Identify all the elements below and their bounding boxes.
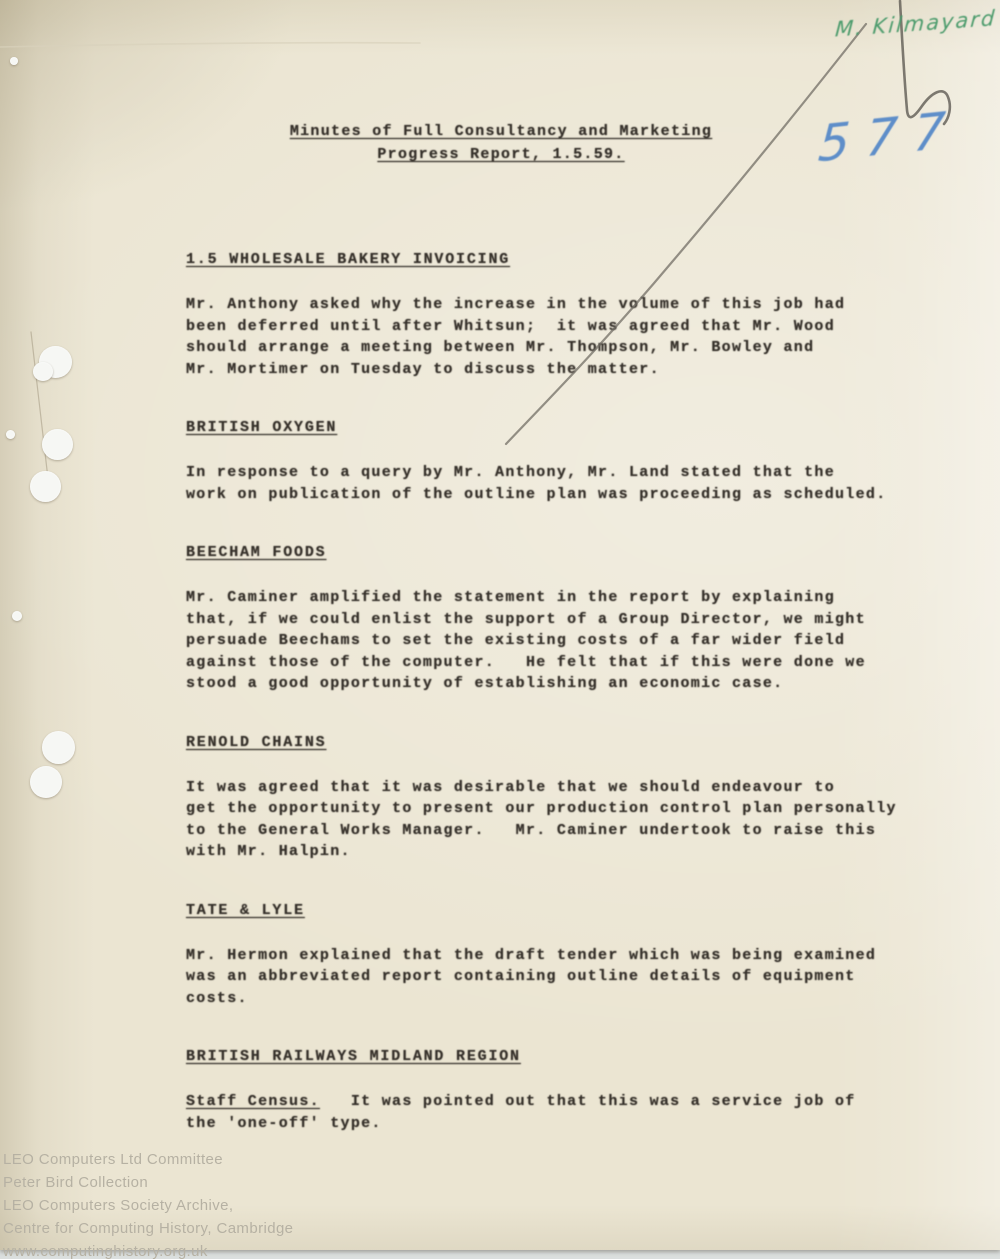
section-heading: 1.5 WHOLESALE BAKERY INVOICING bbox=[186, 252, 886, 268]
punch-hole bbox=[30, 766, 62, 798]
section-wholesale-bakery-invoicing: 1.5 WHOLESALE BAKERY INVOICING Mr. Antho… bbox=[186, 252, 886, 380]
typed-content: Minutes of Full Consultancy and Marketin… bbox=[186, 120, 886, 1134]
section-renold-chains: RENOLD CHAINS It was agreed that it was … bbox=[186, 735, 886, 863]
section-body: Staff Census. It was pointed out that th… bbox=[186, 1091, 886, 1134]
section-heading: BRITISH RAILWAYS MIDLAND REGION bbox=[186, 1049, 886, 1065]
punch-hole bbox=[42, 429, 73, 460]
paper-speck bbox=[12, 611, 22, 621]
section-heading: RENOLD CHAINS bbox=[186, 735, 886, 751]
watermark-line: Peter Bird Collection bbox=[3, 1171, 293, 1194]
section-british-oxygen: BRITISH OXYGEN In response to a query by… bbox=[186, 420, 886, 505]
section-body: Mr. Anthony asked why the increase in th… bbox=[186, 294, 886, 380]
section-body: Mr. Hermon explained that the draft tend… bbox=[186, 945, 886, 1010]
paper-speck bbox=[10, 57, 18, 65]
section-body: It was agreed that it was desirable that… bbox=[186, 777, 886, 863]
watermark-line: Centre for Computing History, Cambridge bbox=[3, 1217, 293, 1240]
section-heading: BRITISH OXYGEN bbox=[186, 420, 886, 436]
title-line-2: Progress Report, 1.5.59. bbox=[186, 143, 816, 166]
section-heading: BEECHAM FOODS bbox=[186, 545, 886, 561]
watermark-line: LEO Computers Ltd Committee bbox=[3, 1148, 293, 1171]
punch-hole bbox=[42, 731, 75, 764]
section-british-railways-midland-region: BRITISH RAILWAYS MIDLAND REGION Staff Ce… bbox=[186, 1049, 886, 1134]
section-beecham-foods: BEECHAM FOODS Mr. Caminer amplified the … bbox=[186, 545, 886, 695]
paper-speck bbox=[6, 430, 15, 439]
scanned-document-page: LEO Computers Ltd Committee Peter Bird C… bbox=[0, 0, 1000, 1259]
punch-hole bbox=[30, 471, 61, 502]
section-body: Mr. Caminer amplified the statement in t… bbox=[186, 587, 886, 695]
section-tate-and-lyle: TATE & LYLE Mr. Hermon explained that th… bbox=[186, 903, 886, 1010]
punch-hole bbox=[33, 362, 53, 381]
archive-watermark: LEO Computers Ltd Committee Peter Bird C… bbox=[3, 1148, 293, 1259]
watermark-line: www.computinghistory.org.uk bbox=[3, 1240, 293, 1259]
watermark-line: LEO Computers Society Archive, bbox=[3, 1194, 293, 1217]
section-body: In response to a query by Mr. Anthony, M… bbox=[186, 462, 886, 505]
document-title: Minutes of Full Consultancy and Marketin… bbox=[186, 120, 816, 166]
section-heading: TATE & LYLE bbox=[186, 903, 886, 919]
staff-census-lead: Staff Census. bbox=[186, 1093, 320, 1110]
title-line-1: Minutes of Full Consultancy and Marketin… bbox=[186, 120, 816, 143]
